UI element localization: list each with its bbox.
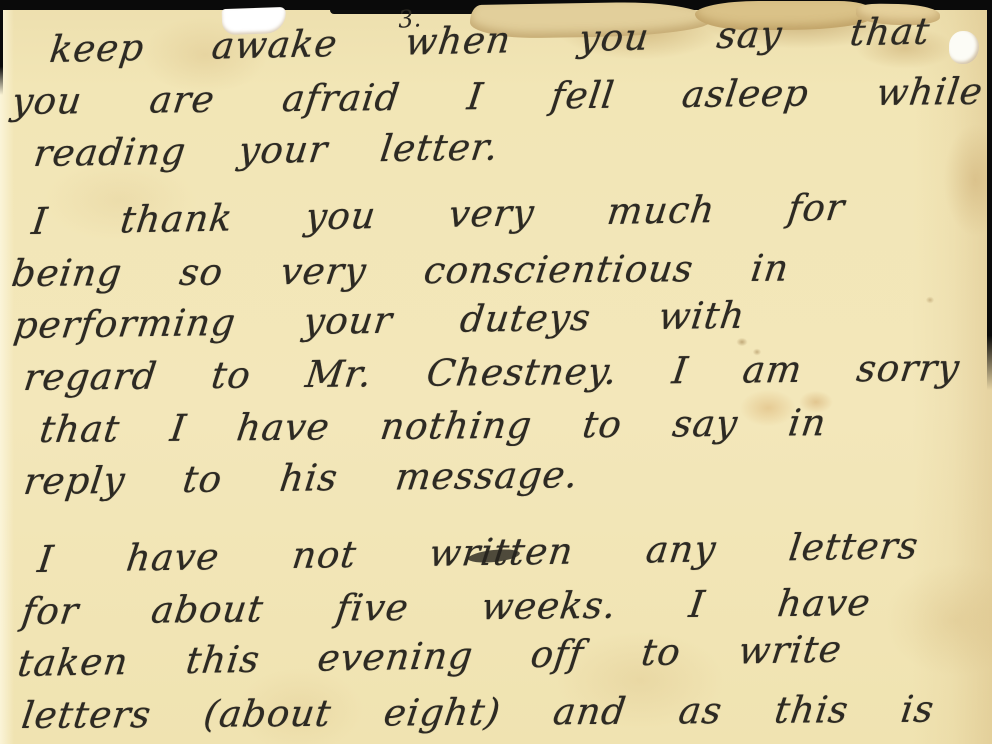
handwritten-line: keep awake when you say that	[47, 4, 992, 76]
handwritten-letter-scan: 3. keep awake when you say that you are …	[0, 0, 992, 744]
scan-edge-left	[0, 0, 3, 95]
handwritten-line: I thank you very much for	[29, 179, 992, 248]
handwritten-line: regard to Mr. Chestney. I am sorry	[21, 342, 992, 404]
handwritten-line: letters (about eight) and as this is	[19, 683, 992, 742]
handwritten-line: reply to his message.	[21, 444, 992, 508]
letter-body: keep awake when you say that you are afr…	[12, 24, 988, 742]
